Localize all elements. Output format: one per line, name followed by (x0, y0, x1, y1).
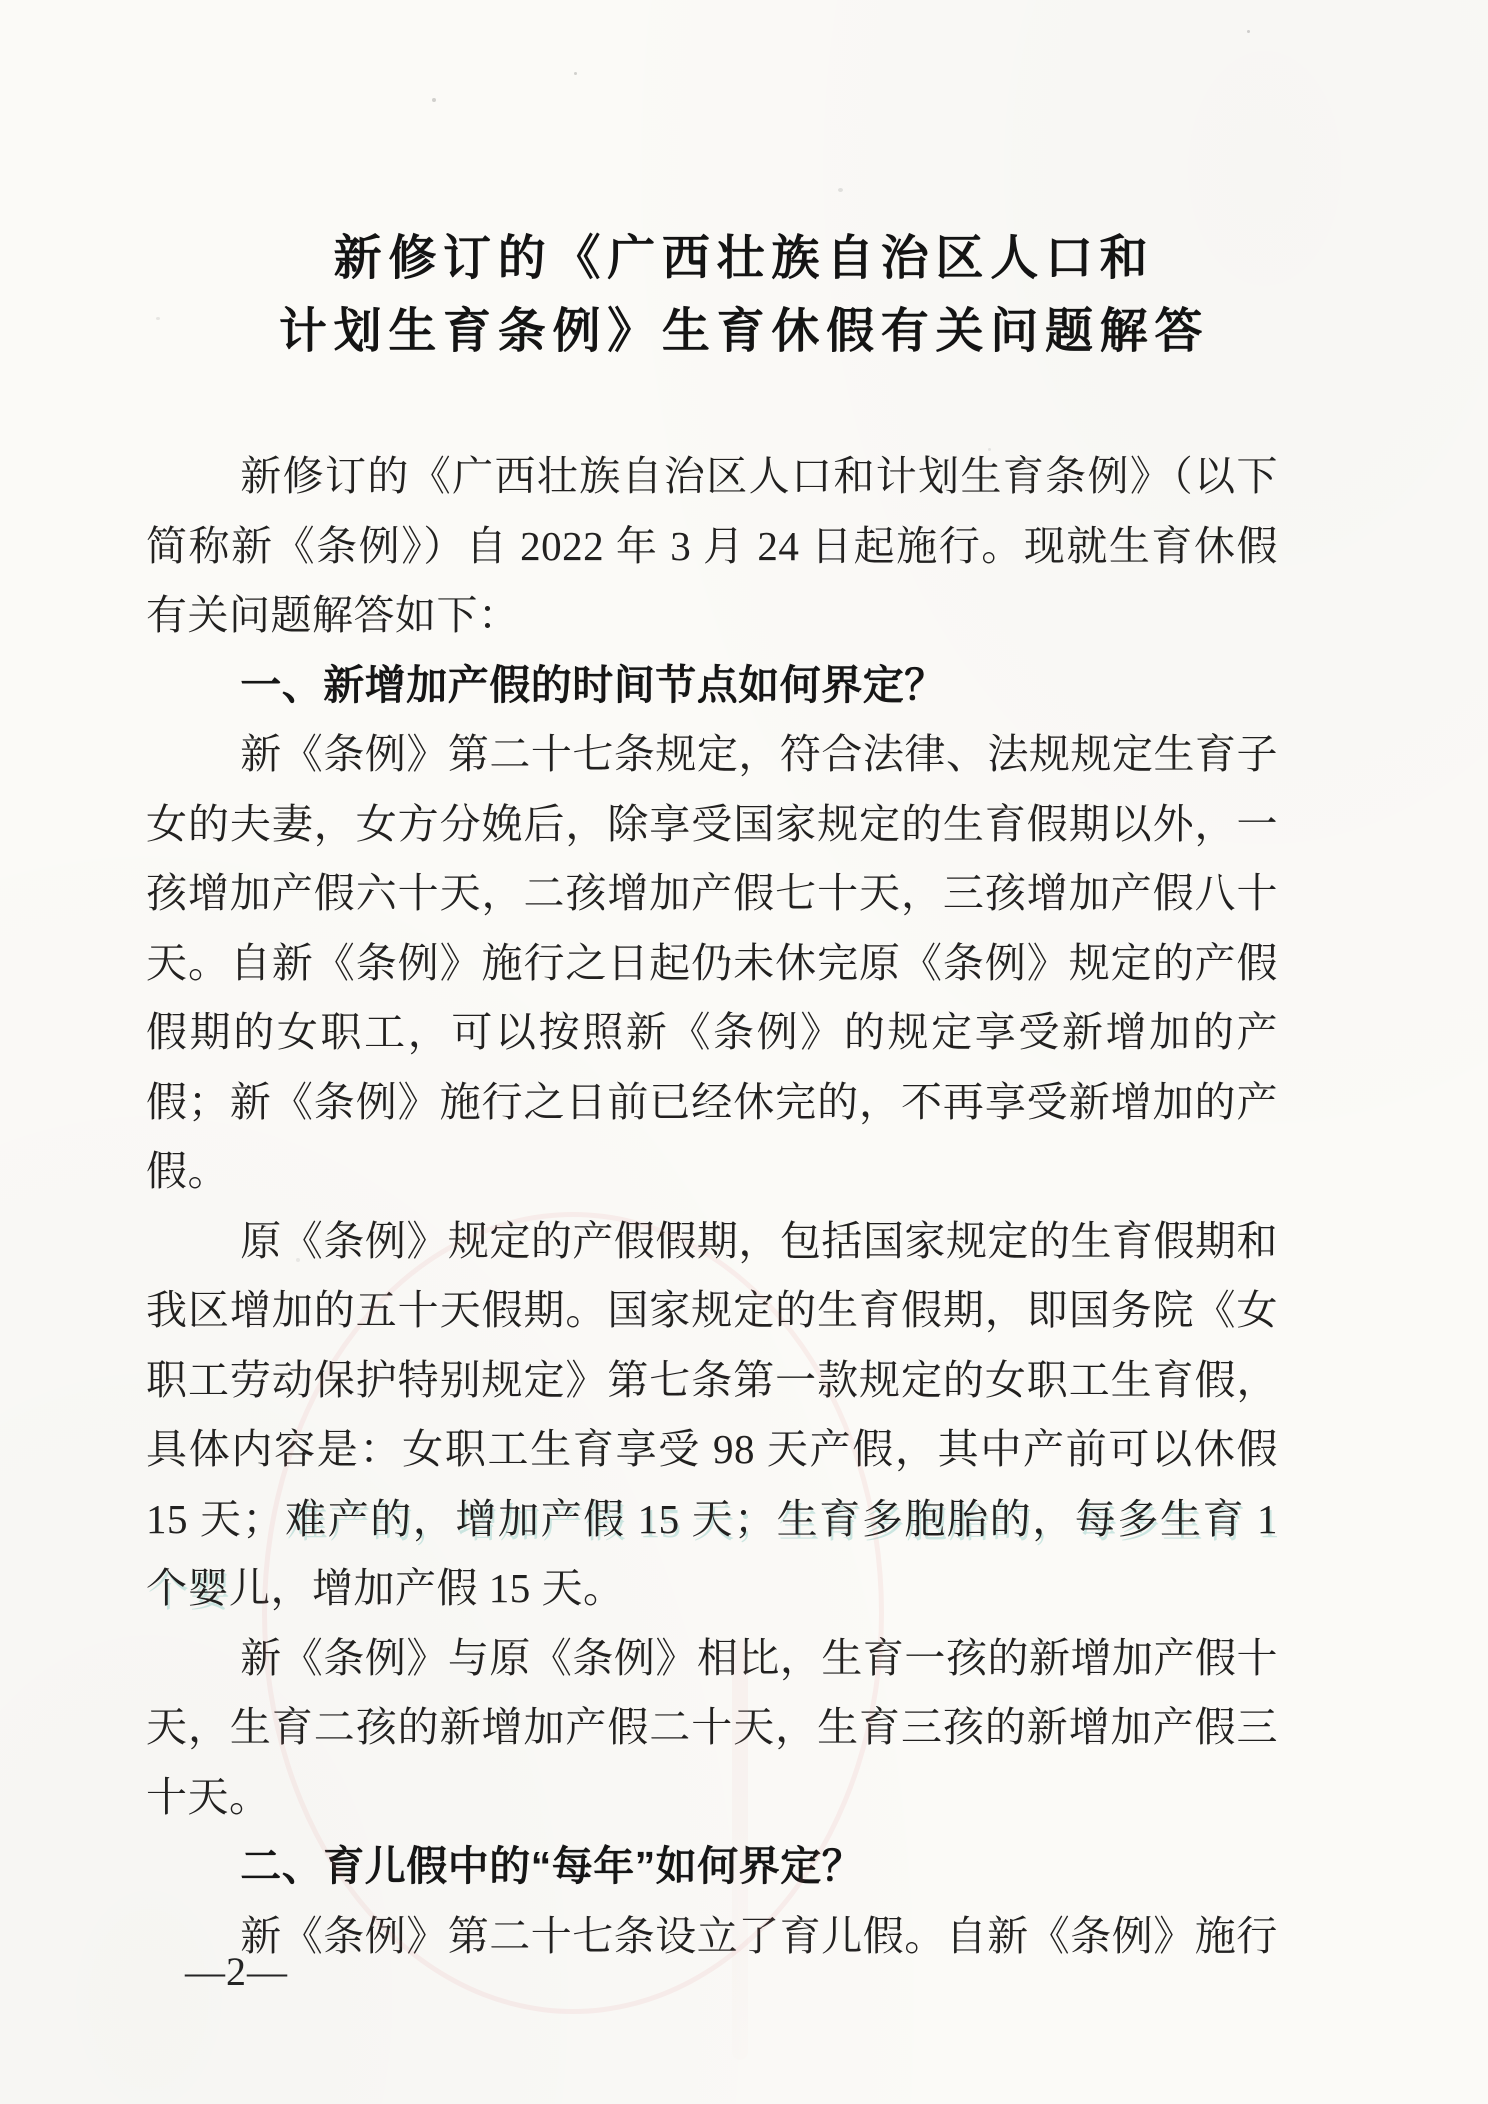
document-page: 新修订的《广西壮族自治区人口和 计划生育条例》生育休假有关问题解答 新修订的《广… (0, 0, 1488, 2104)
section-1-paragraph-1: 新《条例》第二十七条规定，符合法律、法规规定生育子女的夫妻，女方分娩后，除享受国… (146, 720, 1278, 1207)
section-1-paragraph-3: 新《条例》与原《条例》相比，生育一孩的新增加产假十天，生育二孩的新增加产假二十天… (146, 1624, 1278, 1833)
intro-paragraph: 新修订的《广西壮族自治区人口和计划生育条例》（以下简称新《条例》）自 2022 … (146, 442, 1278, 651)
paragraph-segment: 原《条例》规定的产假假期，包括国家规定的生育假期和我区增加的五十天假期。国家规定… (146, 1218, 1278, 1542)
title-line-2: 计划生育条例》生育休假有关问题解答 (0, 295, 1488, 368)
paragraph-segment: 儿，增加产假 15 天。 (229, 1565, 625, 1611)
section-1-heading: 一、新增加产假的时间节点如何界定？ (146, 651, 1278, 721)
title-line-1: 新修订的《广西壮族自治区人口和 (0, 222, 1488, 295)
section-2-heading: 二、育儿假中的“每年”如何界定？ (146, 1832, 1278, 1902)
page-number: —2— (185, 1948, 288, 1995)
section-1-paragraph-2: 原《条例》规定的产假假期，包括国家规定的生育假期和我区增加的五十天假期。国家规定… (146, 1207, 1278, 1624)
document-body: 新修订的《广西壮族自治区人口和计划生育条例》（以下简称新《条例》）自 2022 … (146, 442, 1278, 1971)
section-2-paragraph-1: 新《条例》第二十七条设立了育儿假。自新《条例》施行 (146, 1902, 1278, 1972)
document-title: 新修订的《广西壮族自治区人口和 计划生育条例》生育休假有关问题解答 (0, 0, 1488, 368)
